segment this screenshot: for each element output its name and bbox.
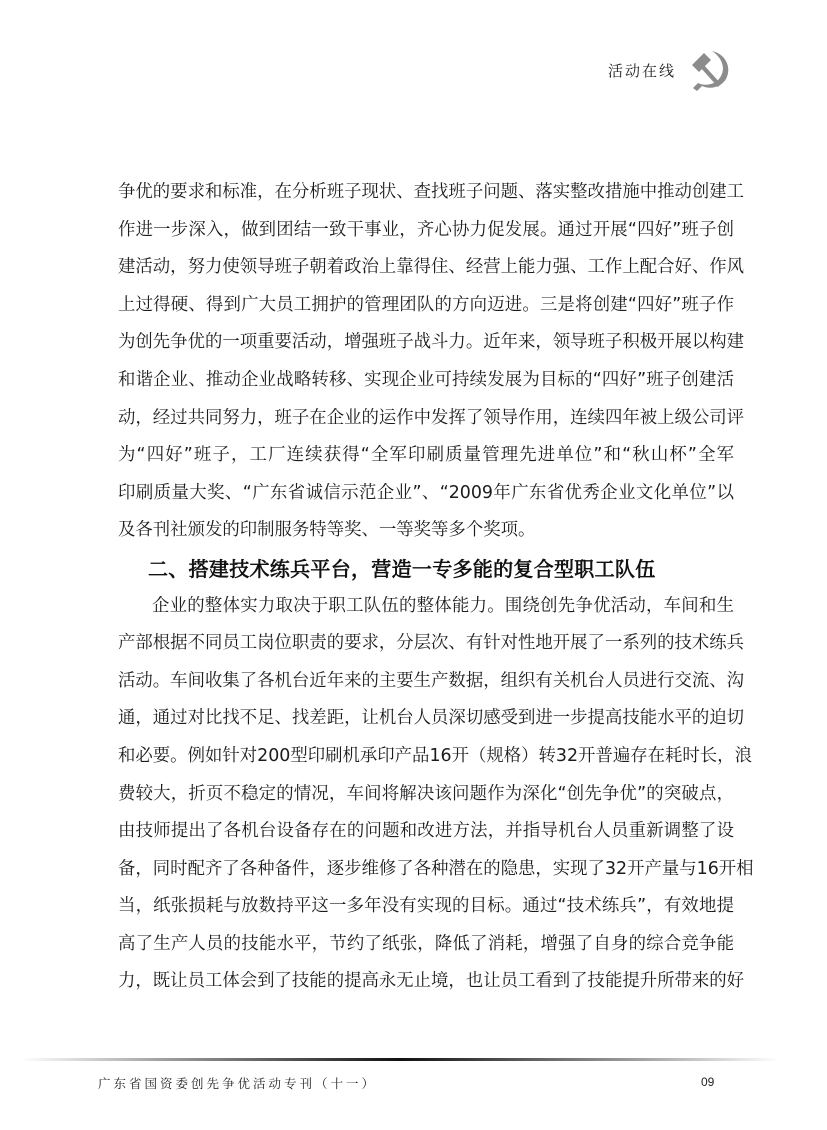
text-line: 建活动，努力使领导班子朝着政治上靠得住、经营上能力强、工作上配合好、作风 <box>118 253 734 291</box>
text-line: 产部根据不同员工岗位职责的要求，分层次、有针对性地开展了一系列的技术练兵 <box>118 629 734 667</box>
paragraph-1: 争优的要求和标准，在分析班子现状、查找班子问题、落实整改措施中推动创建工 作进一… <box>118 178 734 554</box>
text-line: 由技师提出了各机台设备存在的问题和改进方法，并指导机台人员重新调整了设 <box>118 817 734 855</box>
paragraph-2: 企业的整体实力取决于职工队伍的整体能力。围绕创先争优活动，车间和生 产部根据不同… <box>118 592 734 1006</box>
text-line: 作进一步深入，做到团结一致干事业，齐心协力促发展。通过开展“四好”班子创 <box>118 216 734 254</box>
text-line: 高了生产人员的技能水平，节约了纸张，降低了消耗，增强了自身的综合竞争能 <box>118 930 734 968</box>
publication-title: 广东省国资委创先争优活动专刊（十一） <box>98 1074 377 1092</box>
text-line: 活动。车间收集了各机台近年来的主要生产数据，组织有关机台人员进行交流、沟 <box>118 667 734 705</box>
text-line: 为创先争优的一项重要活动，增强班子战斗力。近年来，领导班子积极开展以构建 <box>118 328 734 366</box>
text-line: 和必要。例如针对200型印刷机承印产品16开（规格）转32开普遍存在耗时长，浪 <box>118 742 734 780</box>
text-line: 印刷质量大奖、“广东省诚信示范企业”、“2009年广东省优秀企业文化单位”以 <box>118 479 734 517</box>
text-line: 备，同时配齐了各种备件，逐步维修了各种潜在的隐患，实现了32开产量与16开相 <box>118 855 734 893</box>
footer-divider <box>20 1058 780 1061</box>
text-line: 当，纸张损耗与放数持平这一多年没有实现的目标。通过“技术练兵”，有效地提 <box>118 892 734 930</box>
text-line: 上过得硬、得到广大员工拥护的管理团队的方向迈进。三是将创建“四好”班子作 <box>118 291 734 329</box>
text-line: 为“四好”班子，工厂连续获得“全军印刷质量管理先进单位”和“秋山杯”全军 <box>118 441 734 479</box>
text-line: 动，经过共同努力，班子在企业的运作中发挥了领导作用，连续四年被上级公司评 <box>118 404 734 442</box>
text-line: 费较大，折页不稳定的情况，车间将解决该问题作为深化“创先争优”的突破点， <box>118 780 734 818</box>
text-line: 通，通过对比找不足、找差距，让机台人员深切感受到进一步提高技能水平的迫切 <box>118 704 734 742</box>
text-line: 企业的整体实力取决于职工队伍的整体能力。围绕创先争优活动，车间和生 <box>118 592 734 630</box>
article-body: 争优的要求和标准，在分析班子现状、查找班子问题、落实整改措施中推动创建工 作进一… <box>118 178 734 1005</box>
text-line: 力，既让员工体会到了技能的提高永无止境，也让员工看到了技能提升所带来的好 <box>118 967 734 1005</box>
page-number: 09 <box>701 1075 714 1089</box>
text-line: 争优的要求和标准，在分析班子现状、查找班子问题、落实整改措施中推动创建工 <box>118 178 734 216</box>
hammer-sickle-icon <box>686 48 732 94</box>
text-line: 及各刊社颁发的印制服务特等奖、一等奖等多个奖项。 <box>118 516 734 554</box>
section-title: 活动在线 <box>608 60 676 81</box>
section-heading: 二、搭建技术练兵平台，营造一专多能的复合型职工队伍 <box>118 554 734 592</box>
text-line: 和谐企业、推动企业战略转移、实现企业可持续发展为目标的“四好”班子创建活 <box>118 366 734 404</box>
page-header: 活动在线 <box>0 52 827 112</box>
